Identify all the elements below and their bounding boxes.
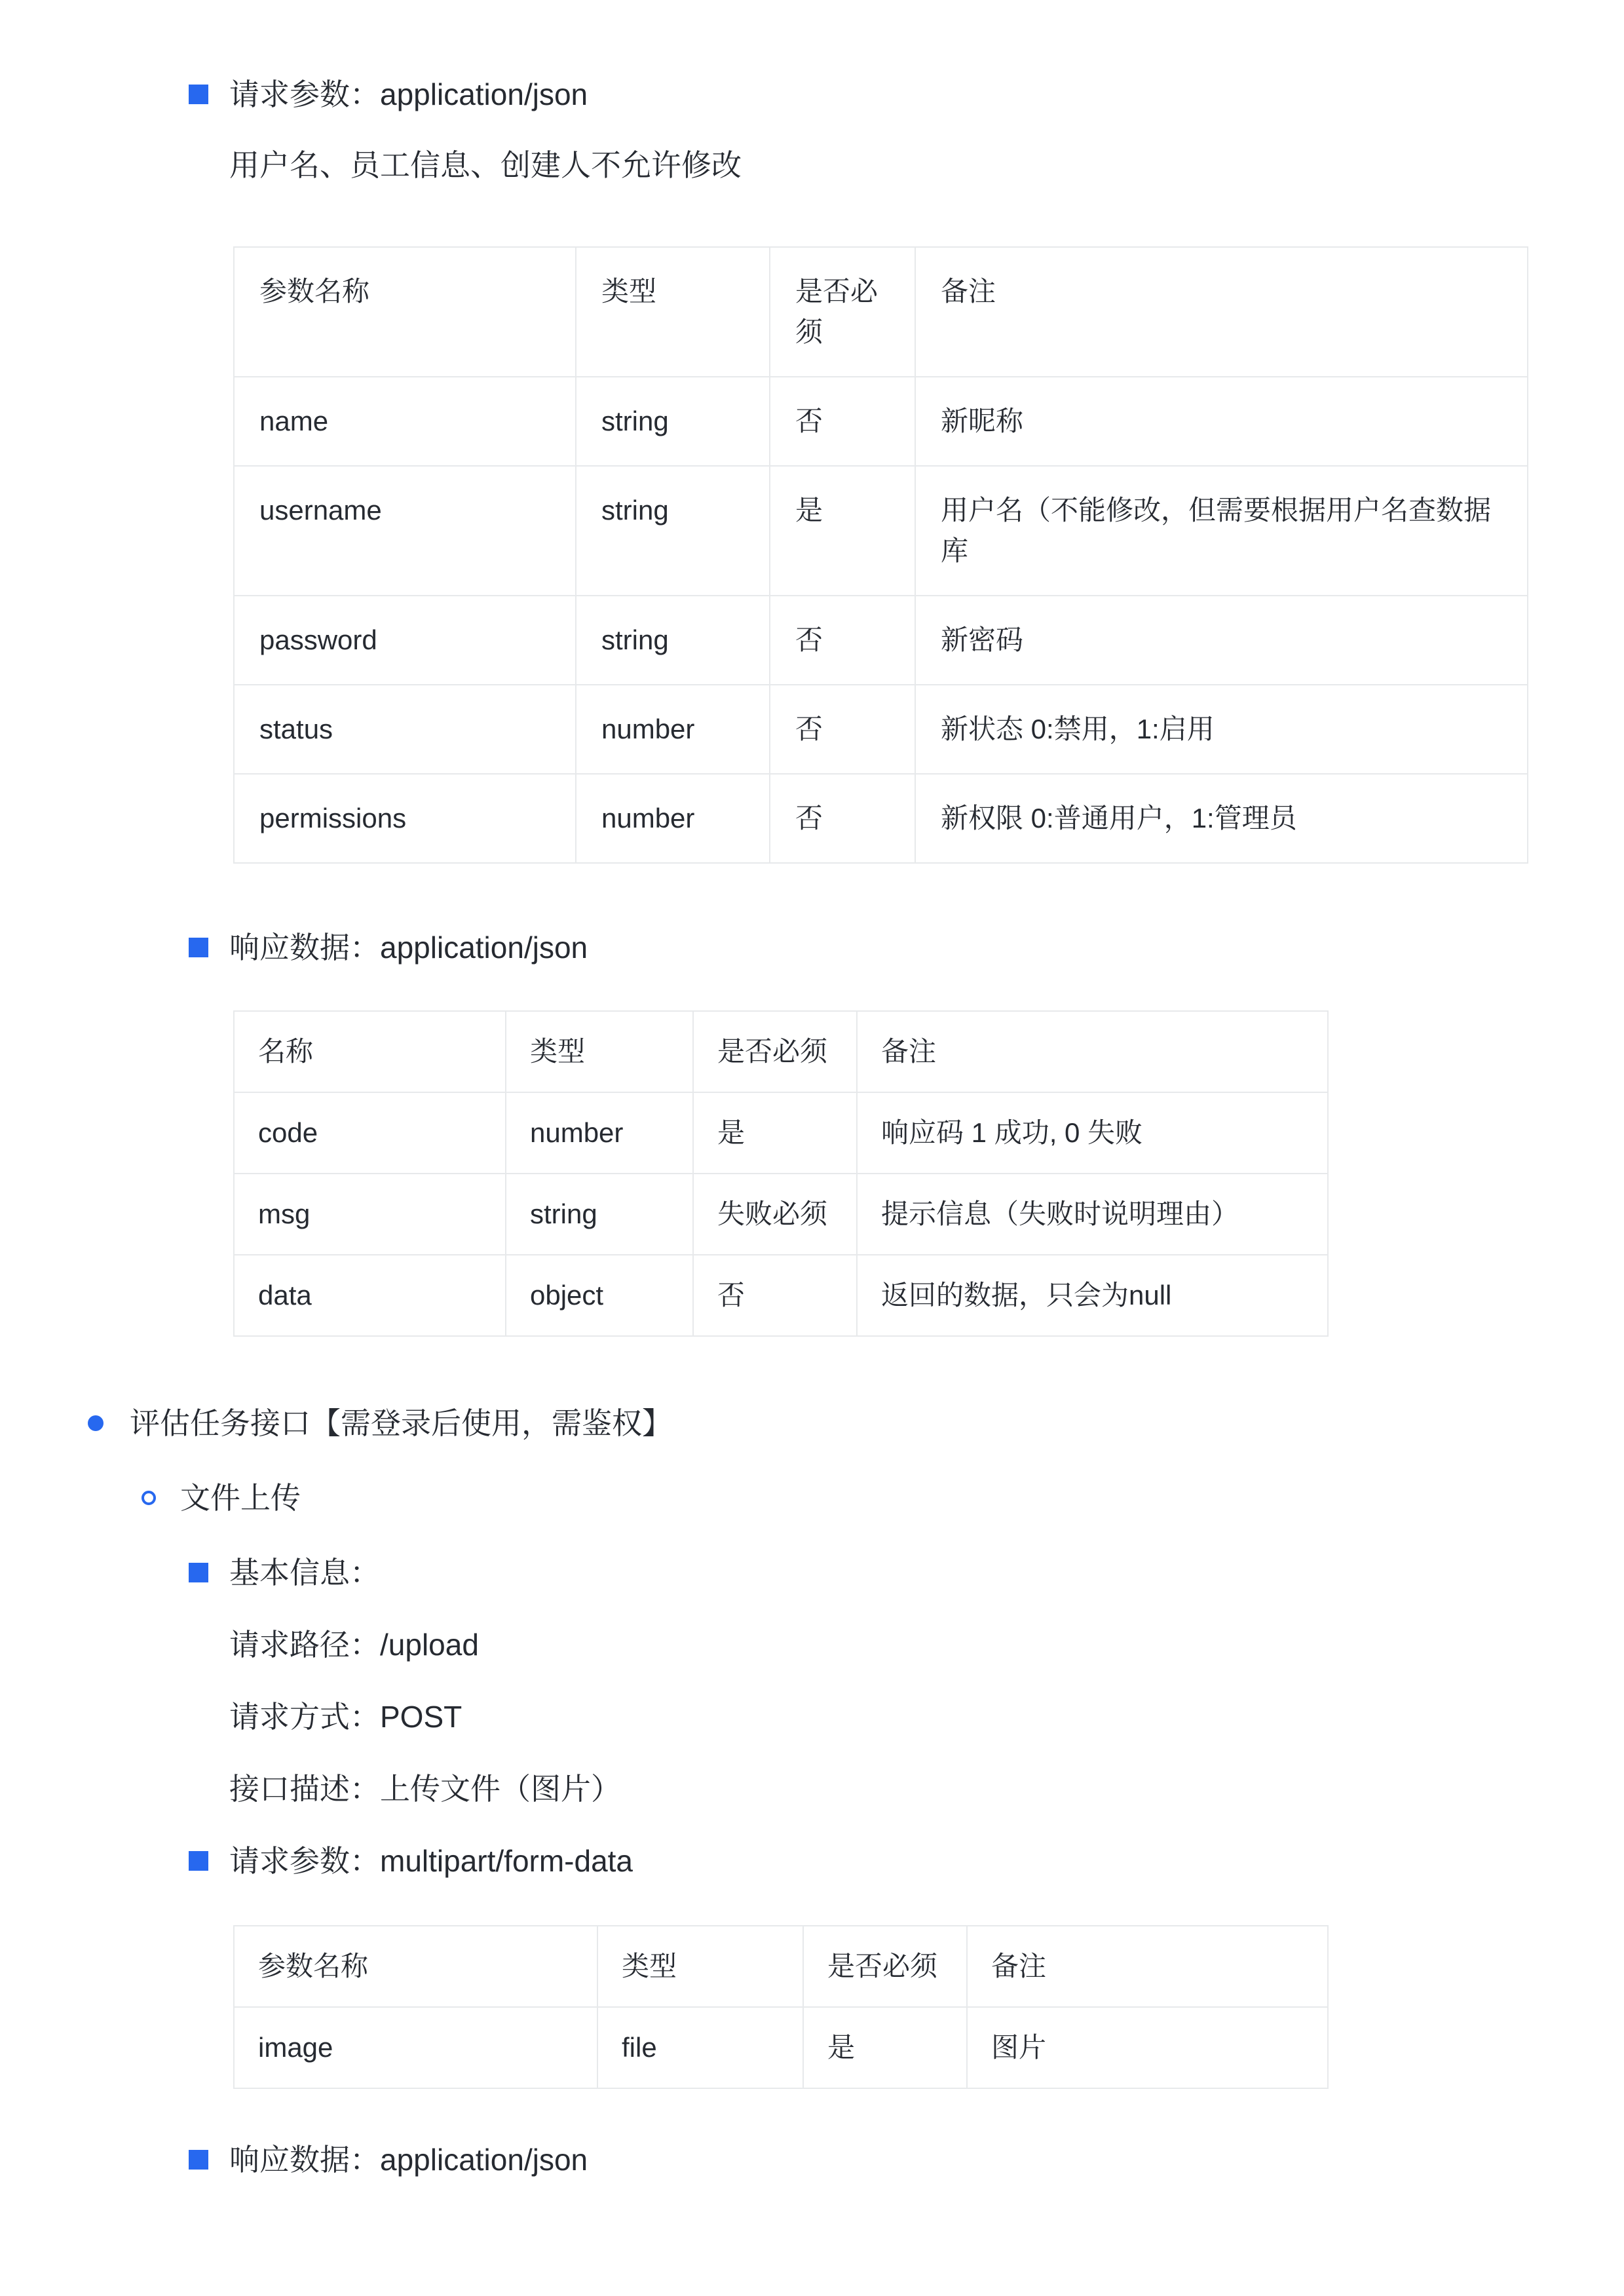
table-cell: msg: [234, 1174, 506, 1255]
table-cell: 否: [770, 774, 915, 863]
table-cell: data: [234, 1255, 506, 1336]
request-path-line: 请求路径：/upload: [229, 1624, 1624, 1666]
column-header: 类型: [576, 247, 770, 377]
square-bullet-icon: [189, 85, 208, 104]
update-user-params-table: 参数名称 类型 是否必须 备注 name string 否 新昵称 userna…: [233, 246, 1528, 864]
list-item-upload-request-params: 请求参数：multipart/form-data: [0, 1840, 1624, 1882]
table-cell: 新密码: [915, 596, 1528, 685]
table-header-row: 参数名称 类型 是否必须 备注: [234, 247, 1528, 377]
request-params-heading: 请求参数：application/json: [229, 77, 588, 111]
api-doc-page: 请求参数：application/json 用户名、员工信息、创建人不允许修改 …: [0, 0, 1624, 2296]
table-cell: 否: [770, 377, 915, 466]
column-header: 名称: [234, 1011, 506, 1092]
table-cell: password: [234, 596, 576, 685]
column-header: 备注: [857, 1011, 1328, 1092]
table-cell: string: [576, 596, 770, 685]
list-item-basic-info: 基本信息：: [0, 1552, 1624, 1594]
table-cell: 否: [770, 596, 915, 685]
upload-response-data-heading: 响应数据：application/json: [229, 2143, 588, 2177]
list-item-file-upload: 文件上传: [0, 1477, 1624, 1519]
table-cell: file: [597, 2007, 803, 2088]
list-item-upload-response-data: 响应数据：application/json: [0, 2139, 1624, 2181]
api-description-line: 接口描述：上传文件（图片）: [229, 1768, 1624, 1810]
column-header: 类型: [597, 1926, 803, 2007]
table-cell: string: [576, 466, 770, 596]
table-cell: string: [576, 377, 770, 466]
column-header: 类型: [506, 1011, 693, 1092]
table-cell: permissions: [234, 774, 576, 863]
request-params-note: 用户名、员工信息、创建人不允许修改: [229, 144, 1624, 186]
table-cell: image: [234, 2007, 597, 2088]
table-row: image file 是 图片: [234, 2007, 1328, 2088]
table-row: code number 是 响应码 1 成功, 0 失败: [234, 1092, 1328, 1174]
table-cell: name: [234, 377, 576, 466]
column-header: 备注: [967, 1926, 1328, 2007]
column-header: 是否必须: [803, 1926, 967, 2007]
list-item-request-params: 请求参数：application/json: [0, 73, 1624, 115]
table-cell: number: [576, 774, 770, 863]
square-bullet-icon: [189, 1851, 208, 1871]
column-header: 参数名称: [234, 1926, 597, 2007]
task-api-heading: 评估任务接口【需登录后使用，需鉴权】: [130, 1406, 672, 1440]
upload-params-table: 参数名称 类型 是否必须 备注 image file 是 图片: [233, 1925, 1329, 2089]
table-row: permissions number 否 新权限 0:普通用户，1:管理员: [234, 774, 1528, 863]
table-cell: code: [234, 1092, 506, 1174]
column-header: 是否必须: [770, 247, 915, 377]
list-item-task-api: 评估任务接口【需登录后使用，需鉴权】: [0, 1402, 1624, 1444]
table-cell: 新昵称: [915, 377, 1528, 466]
column-header: 是否必须: [693, 1011, 857, 1092]
table-cell: 响应码 1 成功, 0 失败: [857, 1092, 1328, 1174]
table-cell: 新权限 0:普通用户，1:管理员: [915, 774, 1528, 863]
table-cell: number: [506, 1092, 693, 1174]
table-header-row: 参数名称 类型 是否必须 备注: [234, 1926, 1328, 2007]
table-cell: 是: [693, 1092, 857, 1174]
basic-info-heading: 基本信息：: [229, 1556, 380, 1590]
table-cell: status: [234, 685, 576, 774]
table-cell: 提示信息（失败时说明理由）: [857, 1174, 1328, 1255]
update-user-response-table: 名称 类型 是否必须 备注 code number 是 响应码 1 成功, 0 …: [233, 1010, 1329, 1337]
table-cell: 用户名（不能修改，但需要根据用户名查数据库: [915, 466, 1528, 596]
table-cell: object: [506, 1255, 693, 1336]
upload-request-params-heading: 请求参数：multipart/form-data: [229, 1844, 633, 1878]
table-cell: 是: [770, 466, 915, 596]
square-bullet-icon: [189, 1563, 208, 1582]
column-header: 参数名称: [234, 247, 576, 377]
square-bullet-icon: [189, 2150, 208, 2170]
list-item-response-data: 响应数据：application/json: [0, 927, 1624, 968]
square-bullet-icon: [189, 938, 208, 957]
table-cell: 否: [693, 1255, 857, 1336]
table-row: data object 否 返回的数据，只会为null: [234, 1255, 1328, 1336]
table-cell: 否: [770, 685, 915, 774]
table-cell: string: [506, 1174, 693, 1255]
table-cell: username: [234, 466, 576, 596]
table-row: msg string 失败必须 提示信息（失败时说明理由）: [234, 1174, 1328, 1255]
file-upload-heading: 文件上传: [180, 1481, 301, 1515]
table-cell: 失败必须: [693, 1174, 857, 1255]
table-cell: 新状态 0:禁用，1:启用: [915, 685, 1528, 774]
table-cell: 是: [803, 2007, 967, 2088]
response-data-heading: 响应数据：application/json: [229, 930, 588, 965]
table-header-row: 名称 类型 是否必须 备注: [234, 1011, 1328, 1092]
disc-bullet-icon: [88, 1415, 104, 1431]
table-row: status number 否 新状态 0:禁用，1:启用: [234, 685, 1528, 774]
table-cell: 图片: [967, 2007, 1328, 2088]
request-method-line: 请求方式：POST: [229, 1696, 1624, 1738]
table-row: name string 否 新昵称: [234, 377, 1528, 466]
table-cell: number: [576, 685, 770, 774]
circle-bullet-icon: [142, 1491, 156, 1505]
table-row: password string 否 新密码: [234, 596, 1528, 685]
table-cell: 返回的数据，只会为null: [857, 1255, 1328, 1336]
table-row: username string 是 用户名（不能修改，但需要根据用户名查数据库: [234, 466, 1528, 596]
column-header: 备注: [915, 247, 1528, 377]
